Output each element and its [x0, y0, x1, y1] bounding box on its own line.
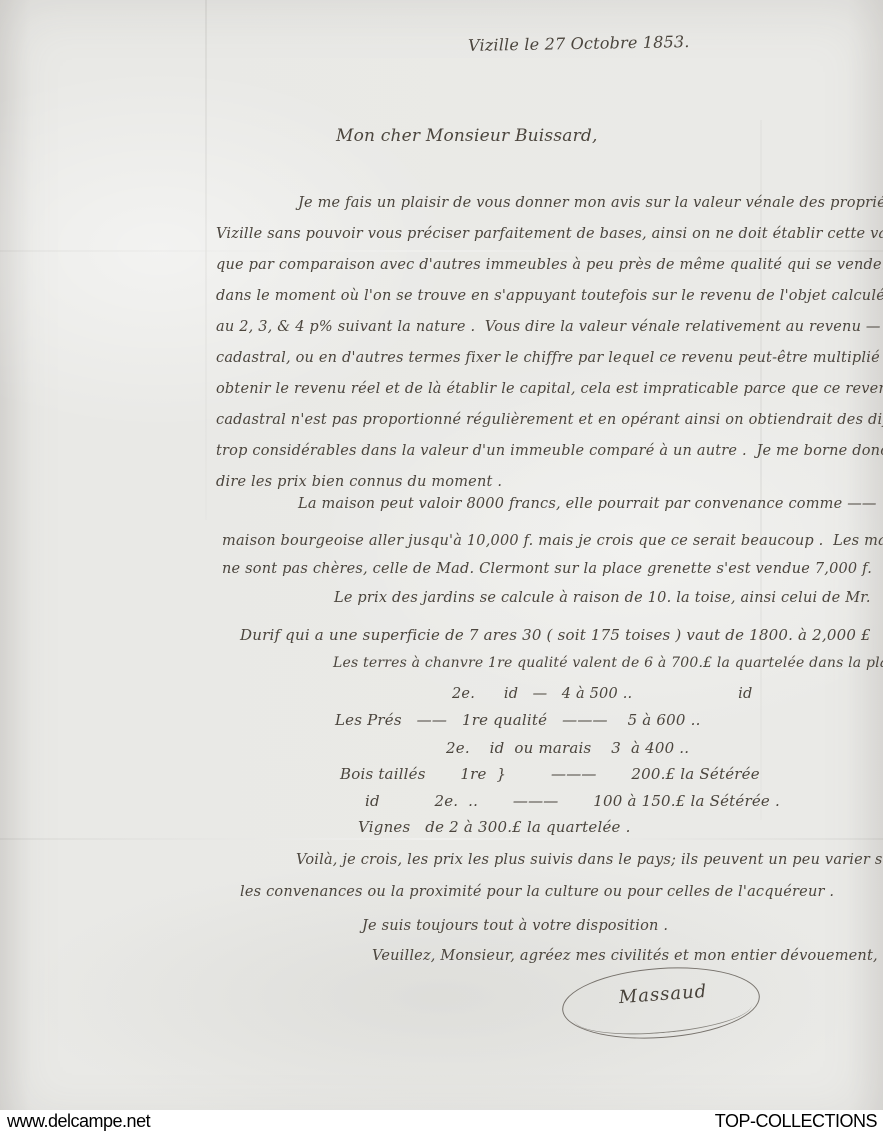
- watermark-bar: www.delcampe.net TOP-COLLECTIONS: [0, 1110, 883, 1133]
- body-line: au 2, 3, & 4 p% suivant la nature . Vous…: [216, 312, 883, 343]
- paper-crease-horizontal-lower: [0, 838, 883, 840]
- paragraph-valuation: Je me fais un plaisir de vous donner mon…: [216, 188, 883, 498]
- price-line-chanvre-1: Les terres à chanvre 1re qualité valent …: [333, 655, 883, 671]
- price-row-bois-2: id 2e. .. ——— 100 à 150.£ la Sétérée .: [365, 792, 780, 810]
- body-line: que par comparaison avec d'autres immeub…: [216, 250, 883, 281]
- closing-line: Voilà, je crois, les prix les plus suivi…: [296, 852, 883, 868]
- signature-block: Massaud: [558, 962, 768, 1048]
- paper-crease-vertical-left: [205, 0, 207, 520]
- price-row-bois-1: Bois taillés 1re } ——— 200.£ la Sétérée: [340, 765, 760, 783]
- body-line: obtenir le revenu réel et de là établir …: [216, 374, 883, 405]
- price-row-pres-2: 2e. id ou marais 3 à 400 ..: [446, 739, 689, 757]
- body-line: cadastral, ou en d'autres termes fixer l…: [216, 343, 883, 374]
- body-line: La maison peut valoir 8000 francs, elle …: [298, 496, 877, 512]
- body-line: trop considérables dans la valeur d'un i…: [216, 436, 883, 467]
- body-line: Durif qui a une superficie de 7 ares 30 …: [240, 626, 871, 644]
- price-line-chanvre-2: 2e. id — 4 à 500 .. id: [452, 686, 752, 702]
- letter-sheet: Vizille le 27 Octobre 1853. Mon cher Mon…: [0, 0, 883, 1133]
- date-line: Vizille le 27 Octobre 1853.: [468, 32, 690, 55]
- price-row-pres-1: Les Prés —— 1re qualité ——— 5 à 600 ..: [335, 711, 701, 729]
- body-line: ne sont pas chères, celle de Mad. Clermo…: [222, 561, 872, 577]
- watermark-left-url: www.delcampe.net: [7, 1111, 150, 1132]
- body-line: dans le moment où l'on se trouve en s'ap…: [216, 281, 883, 312]
- price-row-vignes: Vignes de 2 à 300.£ la quartelée .: [358, 818, 631, 836]
- disposition-line: Je suis toujours tout à votre dispositio…: [362, 918, 668, 934]
- body-line: Je me fais un plaisir de vous donner mon…: [216, 188, 883, 219]
- closing-line: les convenances ou la proximité pour la …: [240, 884, 834, 900]
- body-line: Le prix des jardins se calcule à raison …: [334, 590, 871, 606]
- body-line: dire les prix bien connus du moment .: [216, 467, 883, 498]
- body-line: cadastral n'est pas proportionné réguliè…: [216, 405, 883, 436]
- body-line: maison bourgeoise aller jusqu'à 10,000 f…: [222, 533, 883, 549]
- body-line: Vizille sans pouvoir vous préciser parfa…: [216, 219, 883, 250]
- salutation-line: Mon cher Monsieur Buissard,: [336, 126, 598, 146]
- watermark-right-brand: TOP-COLLECTIONS: [715, 1111, 877, 1132]
